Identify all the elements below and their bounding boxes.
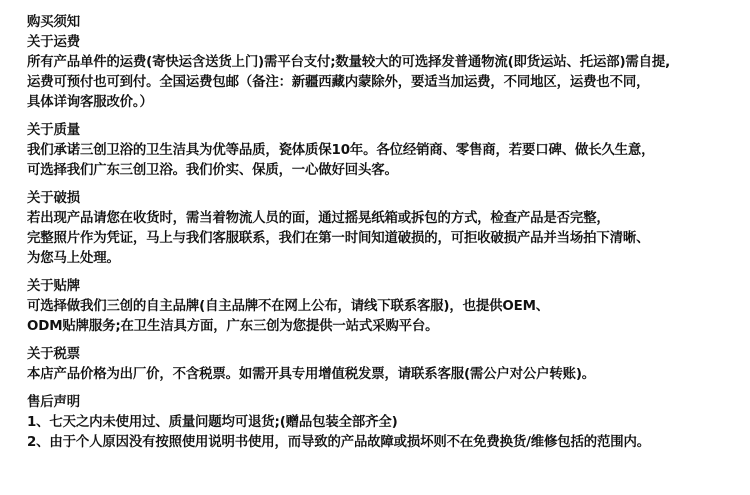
section-text-line: 若出现产品请您在收货时，需当着物流人员的面，通过摇晃纸箱或拆包的方式，检查产品是…: [27, 209, 742, 229]
section-text-line: 完整照片作为凭证，马上与我们客服联系，我们在第一时间知道破损的，可拒收破损产品并…: [27, 229, 742, 249]
section-oem-branding: 关于贴牌 可选择做我们三创的自主品牌(自主品牌不在网上公布，请线下联系客服)，也…: [27, 277, 742, 337]
section-heading: 售后声明: [27, 393, 742, 413]
section-text-line: 2、由于个人原因没有按照使用说明书使用，而导致的产品故障或损坏则不在免费换货/维…: [27, 433, 742, 453]
section-text-line: 我们承诺三创卫浴的卫生洁具为优等品质，瓷体质保10年。各位经销商、零售商，若要口…: [27, 141, 742, 161]
section-quality: 关于质量 我们承诺三创卫浴的卫生洁具为优等品质，瓷体质保10年。各位经销商、零售…: [27, 121, 742, 181]
section-heading: 关于质量: [27, 121, 742, 141]
section-heading: 关于破损: [27, 189, 742, 209]
section-text-line: ODM贴牌服务;在卫生洁具方面，广东三创为您提供一站式采购平台。: [27, 317, 742, 337]
section-text-line: 1、七天之内未使用过、质量问题均可退货;(赠品包装全部齐全): [27, 413, 742, 433]
section-text-line: 运费可预付也可到付。全国运费包邮（备注：新疆西藏内蒙除外，要适当加运费，不同地区…: [27, 73, 742, 93]
section-shipping: 关于运费 所有产品单件的运费(寄快运含送货上门)需平台支付;数量较大的可选择发普…: [27, 33, 742, 113]
section-text-line: 为您马上处理。: [27, 249, 742, 269]
section-damage: 关于破损 若出现产品请您在收货时，需当着物流人员的面，通过摇晃纸箱或拆包的方式，…: [27, 189, 742, 269]
section-after-sales: 售后声明 1、七天之内未使用过、质量问题均可退货;(赠品包装全部齐全) 2、由于…: [27, 393, 742, 453]
document-title: 购买须知: [27, 13, 742, 33]
purchase-notice-document: 购买须知 关于运费 所有产品单件的运费(寄快运含送货上门)需平台支付;数量较大的…: [27, 13, 742, 453]
section-heading: 关于运费: [27, 33, 742, 53]
section-heading: 关于税票: [27, 345, 742, 365]
section-tax-invoice: 关于税票 本店产品价格为出厂价，不含税票。如需开具专用增值税发票，请联系客服(需…: [27, 345, 742, 385]
section-text-line: 可选择做我们三创的自主品牌(自主品牌不在网上公布，请线下联系客服)，也提供OEM…: [27, 297, 742, 317]
section-text-line: 所有产品单件的运费(寄快运含送货上门)需平台支付;数量较大的可选择发普通物流(即…: [27, 53, 742, 73]
section-text-line: 可选择我们广东三创卫浴。我们价实、保质，一心做好回头客。: [27, 161, 742, 181]
section-text-line: 具体详询客服改价。）: [27, 93, 742, 113]
section-text-line: 本店产品价格为出厂价，不含税票。如需开具专用增值税发票，请联系客服(需公户对公户…: [27, 365, 742, 385]
section-heading: 关于贴牌: [27, 277, 742, 297]
